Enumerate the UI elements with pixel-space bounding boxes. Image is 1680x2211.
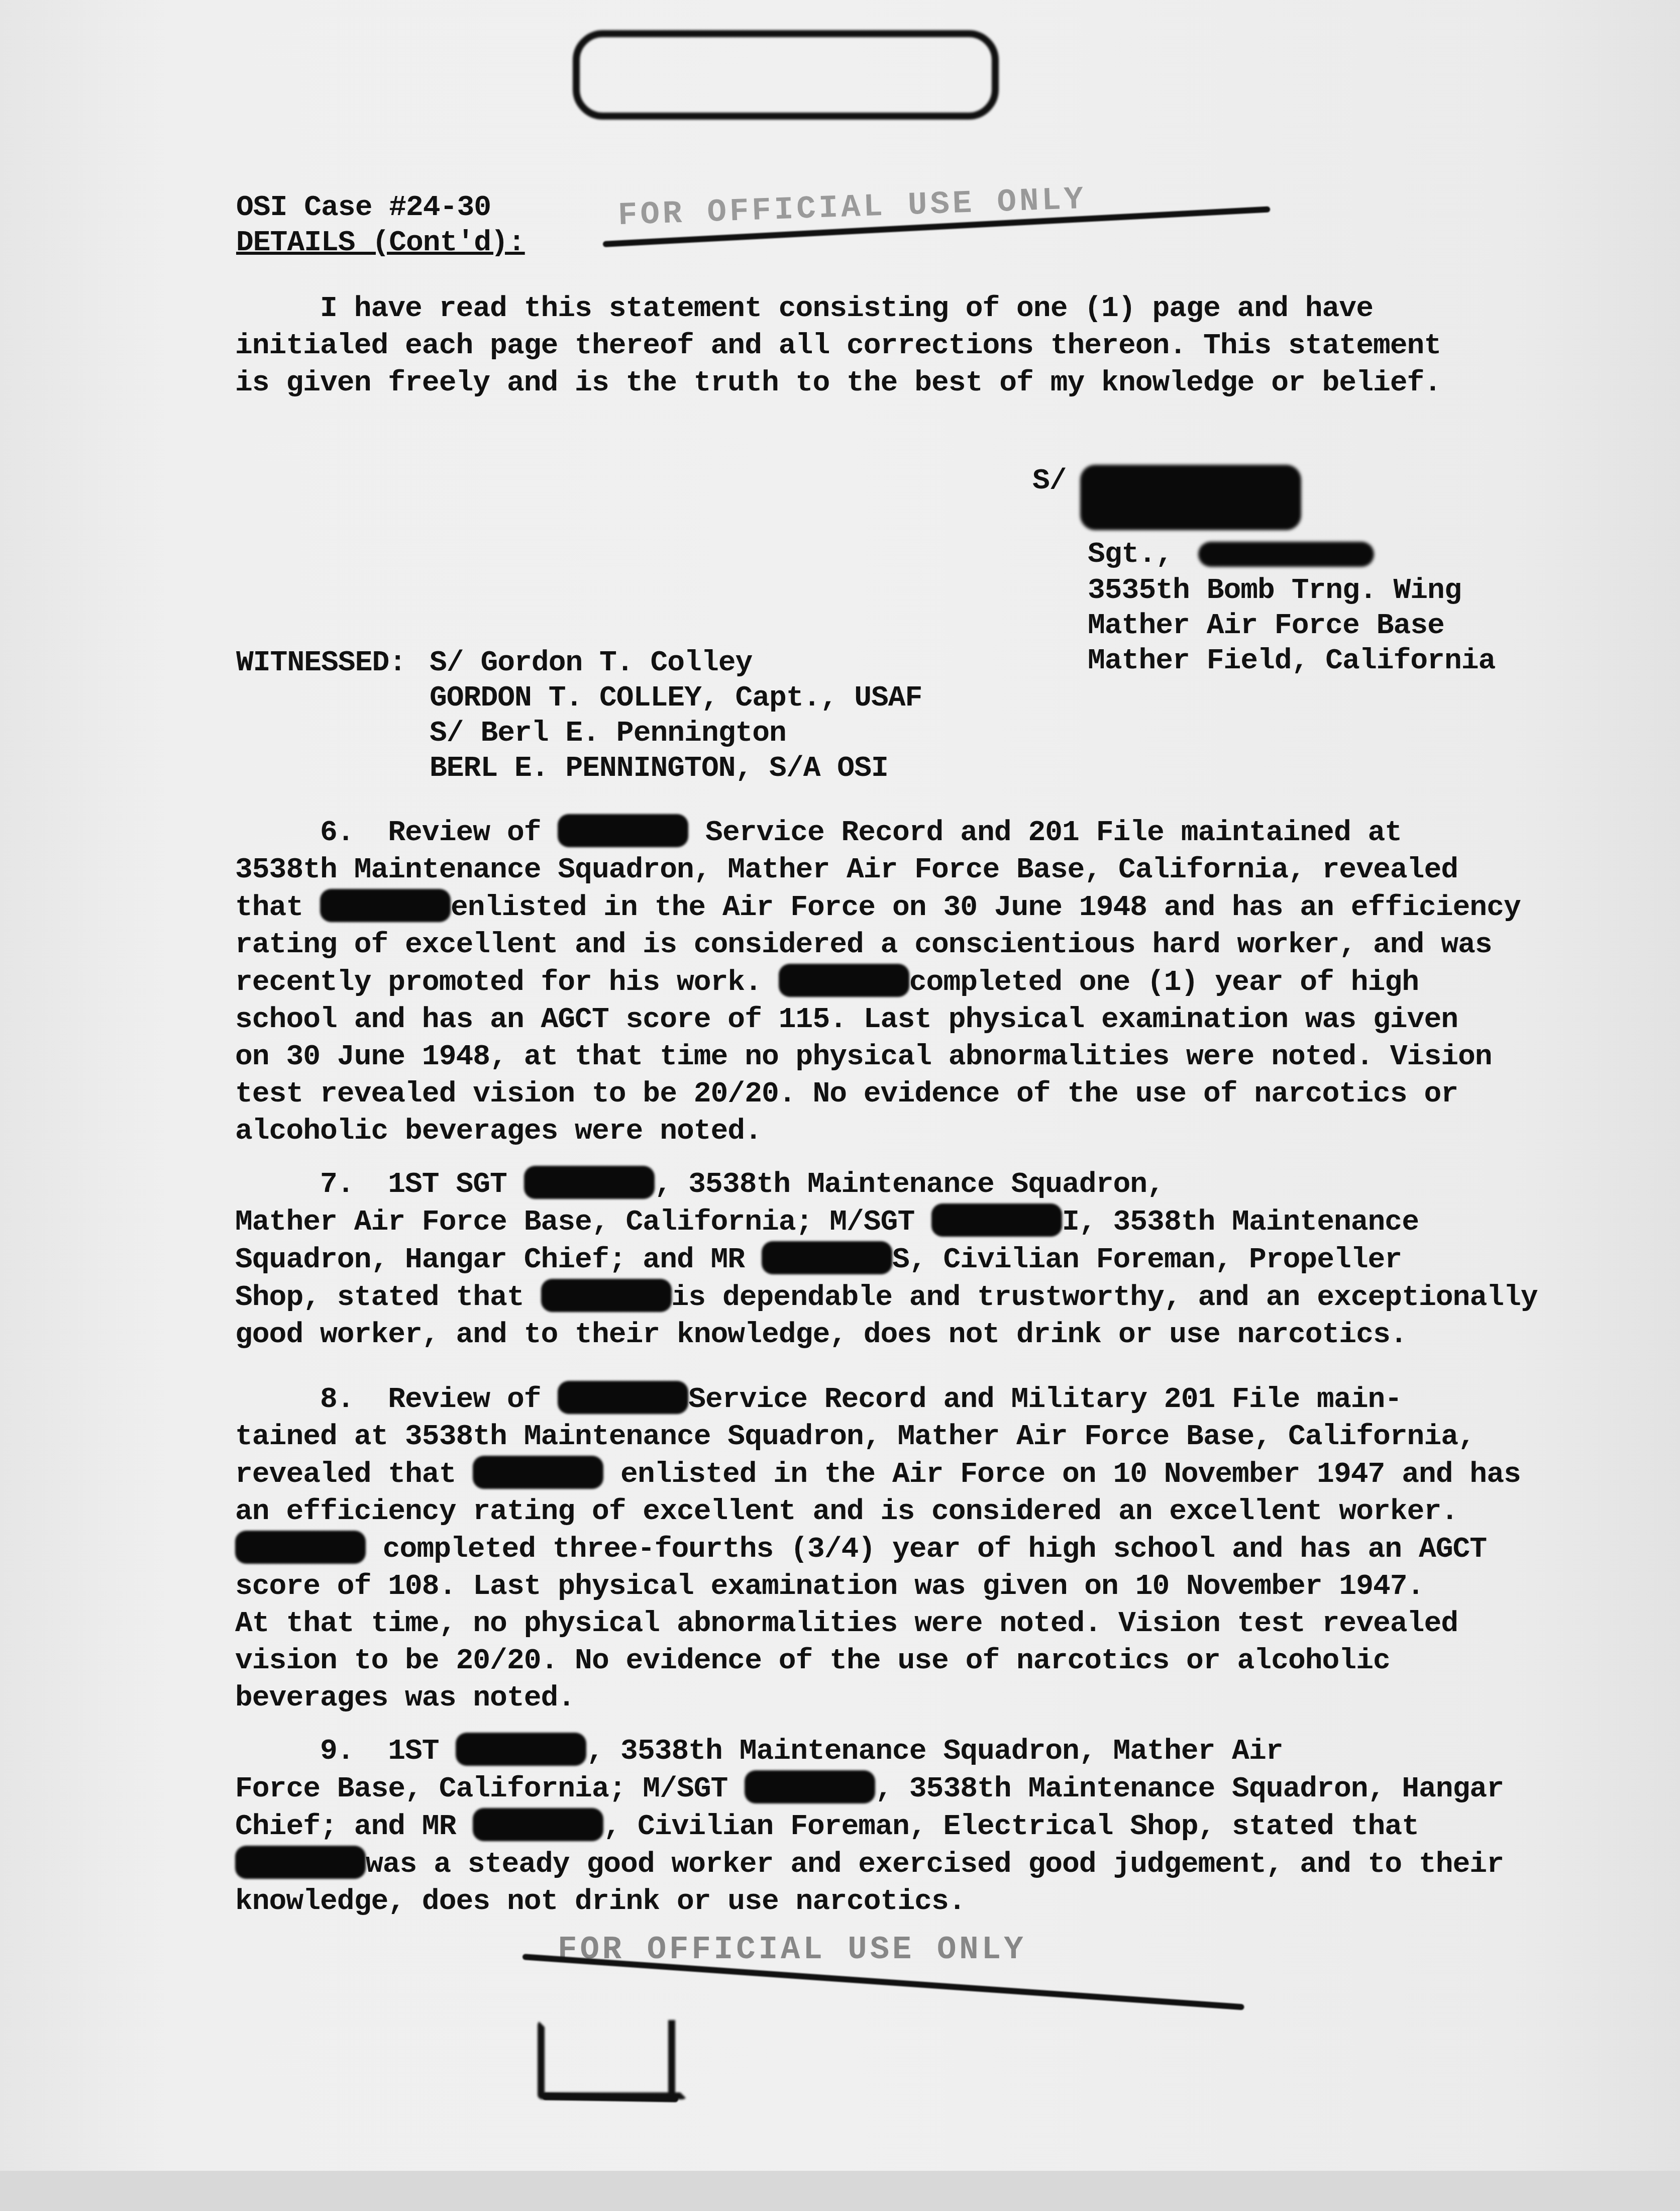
redaction-mark [762,1241,892,1274]
paragraph-line: At that time, no physical abnormalities … [235,1605,1622,1643]
redaction-mark [235,1531,366,1564]
witness-line: GORDON T. COLLEY, Capt., USAF [430,680,922,717]
redaction-mark [541,1279,672,1312]
witness-line: S/ Berl E. Pennington [430,716,786,752]
paragraph-line: completed three-fourths (3/4) year of hi… [235,1531,1622,1568]
redaction-mark [235,1846,366,1879]
signature-name-redaction [1198,542,1374,567]
scan-edge [0,2171,1680,2211]
redaction-mark [320,889,451,922]
paragraph-line: tained at 3538th Maintenance Squadron, M… [235,1419,1622,1456]
paragraph-6: 6. Review of Service Record and 201 File… [235,814,1622,1150]
statement-line: initialed each page thereof and all corr… [235,328,1622,365]
paragraph-line: rating of excellent and is considered a … [235,927,1622,964]
paragraph-line: good worker, and to their knowledge, doe… [235,1317,1622,1354]
paragraph-line: Shop, stated that is dependable and trus… [235,1279,1622,1317]
redaction-mark [473,1808,603,1841]
signature-base: Mather Air Force Base [1088,608,1444,644]
paragraph-line: recently promoted for his work. complete… [235,964,1622,1001]
redaction-mark [456,1733,586,1766]
paragraph-line: an efficiency rating of excellent and is… [235,1493,1622,1531]
witnessed-label: WITNESSED: [236,645,406,681]
paragraph-line: 3538th Maintenance Squadron, Mather Air … [235,852,1622,889]
paragraph-line: was a steady good worker and exercised g… [235,1846,1622,1883]
redaction-mark [473,1456,603,1489]
document-page: OSI Case #24-30 DETAILS (Cont'd): FOR OF… [0,0,1680,2211]
redaction-mark [745,1770,875,1803]
redaction-mark [524,1166,655,1199]
redaction-mark [931,1203,1062,1237]
paragraph-line: on 30 June 1948, at that time no physica… [235,1039,1622,1076]
paragraph-line: beverages was noted. [235,1680,1622,1717]
paragraph-line: Force Base, California; M/SGT , 3538th M… [235,1770,1622,1808]
paragraph-line: 9. 1ST , 3538th Maintenance Squadron, Ma… [235,1733,1622,1770]
paragraph-line: test revealed vision to be 20/20. No evi… [235,1076,1622,1113]
paragraph-line: vision to be 20/20. No evidence of the u… [235,1643,1622,1680]
paragraph-line: 6. Review of Service Record and 201 File… [235,814,1622,852]
paragraph-line: alcoholic beverages were noted. [235,1113,1622,1150]
paragraph-line: Mather Air Force Base, California; M/SGT… [235,1203,1622,1241]
paragraph-8: 8. Review of Service Record and Military… [235,1381,1622,1717]
witness-line: BERL E. PENNINGTON, S/A OSI [430,751,888,787]
classification-marking-top: FOR OFFICIAL USE ONLY [617,182,1087,235]
signature-redaction [1080,465,1301,530]
redaction-mark [558,1381,688,1414]
paragraph-line: score of 108. Last physical examination … [235,1568,1622,1605]
signature-unit: 3535th Bomb Trng. Wing [1088,573,1461,609]
signature-rank: Sgt., [1088,537,1173,573]
paragraph-line: that enlisted in the Air Force on 30 Jun… [235,889,1622,927]
bottom-redaction-stamp [538,2020,687,2099]
signature-prefix: S/ [1032,463,1067,499]
paragraph-line: knowledge, does not drink or use narcoti… [235,1883,1622,1921]
statement-block: I have read this statement consisting of… [235,290,1622,402]
details-label: DETAILS (Cont'd): [236,225,525,261]
paragraph-line: Squadron, Hangar Chief; and MR S, Civili… [235,1241,1622,1279]
signature-location: Mather Field, California [1088,643,1495,679]
redaction-mark [779,964,909,997]
statement-line: is given freely and is the truth to the … [235,365,1622,402]
paragraph-9: 9. 1ST , 3538th Maintenance Squadron, Ma… [235,1733,1622,1921]
paragraph-line: Chief; and MR , Civilian Foreman, Electr… [235,1808,1622,1846]
witness-line: S/ Gordon T. Colley [430,645,752,681]
paragraph-line: 7. 1ST SGT , 3538th Maintenance Squadron… [235,1166,1622,1203]
paragraph-line: revealed that enlisted in the Air Force … [235,1456,1622,1493]
paragraph-line: school and has an AGCT score of 115. Las… [235,1001,1622,1039]
bottom-redaction-stamp-right [668,2020,675,2095]
top-redaction-stamp [573,30,999,120]
paragraph-7: 7. 1ST SGT , 3538th Maintenance Squadron… [235,1166,1622,1354]
redaction-mark [558,814,688,847]
statement-line: I have read this statement consisting of… [235,290,1622,328]
case-number: OSI Case #24-30 [236,190,491,226]
paragraph-line: 8. Review of Service Record and Military… [235,1381,1622,1419]
